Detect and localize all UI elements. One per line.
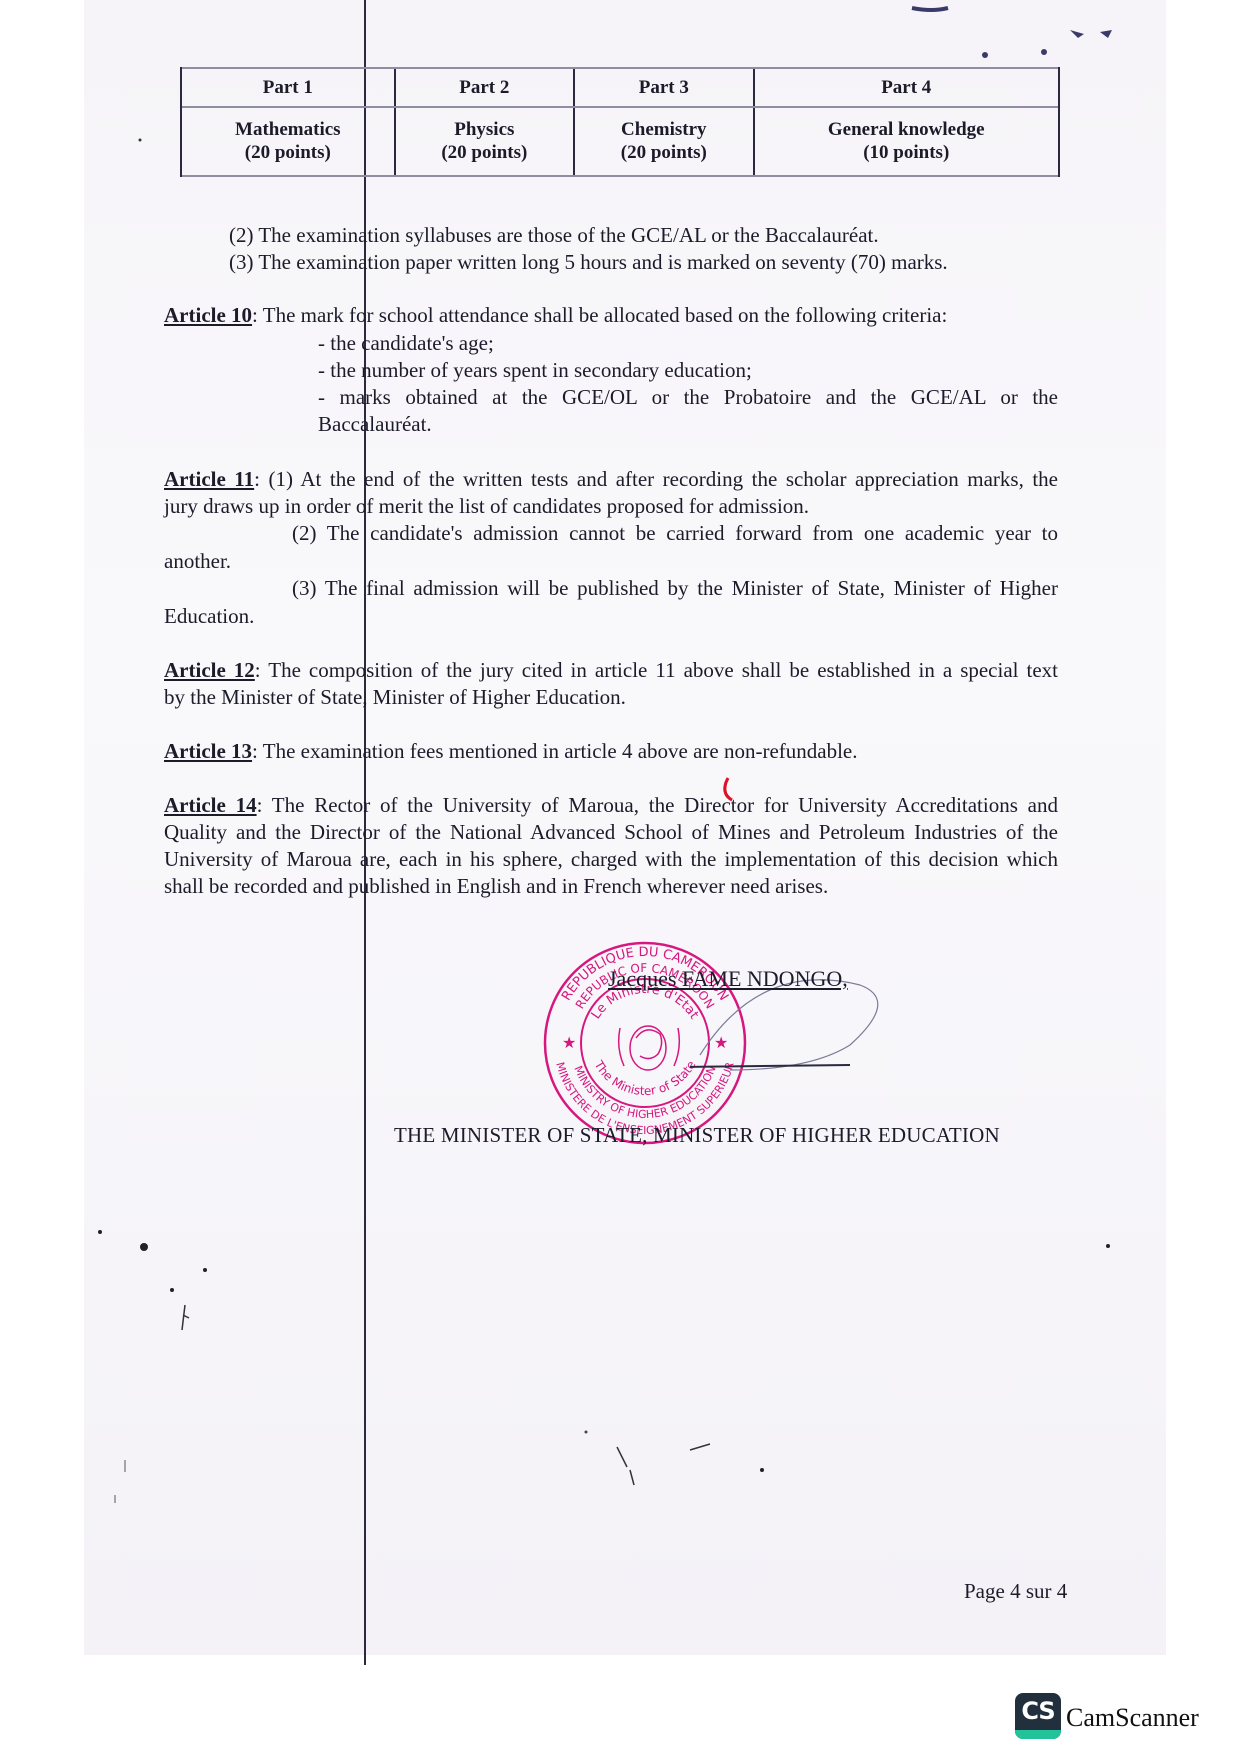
article-label: Article 11: [164, 467, 254, 491]
subject-points: (10 points): [761, 141, 1052, 164]
criteria-item-continued: Baccalauréat.: [318, 411, 432, 437]
table-cell: Physics(20 points): [395, 107, 574, 176]
article-text: : The Rector of the University of Maroua…: [257, 793, 1058, 817]
logo-text: CS: [1015, 1697, 1061, 1725]
stamp-center-bottom: The Minister of State: [591, 1057, 698, 1098]
exam-parts-table: Part 1 Part 2 Part 3 Part 4 Mathematics(…: [180, 67, 1060, 177]
subject-name: Mathematics: [188, 118, 388, 141]
criteria-item: - the candidate's age;: [318, 330, 494, 356]
article9-item-3: (3) The examination paper written long 5…: [229, 249, 948, 275]
article12: Article 12: The composition of the jury …: [164, 657, 1058, 683]
article-label: Article 10: [164, 303, 252, 327]
subject-points: (20 points): [188, 141, 388, 164]
subject-name: General knowledge: [761, 118, 1052, 141]
camscanner-logo-icon: CS: [1015, 1693, 1061, 1739]
table-header-cell: Part 1: [182, 68, 395, 107]
subject-points: (20 points): [581, 141, 746, 164]
subject-name: Chemistry: [581, 118, 746, 141]
subject-points: (20 points): [402, 141, 567, 164]
table-cell: General knowledge(10 points): [754, 107, 1058, 176]
article-text-line: jury draws up in order of merit the list…: [164, 493, 809, 519]
table-row: Mathematics(20 points) Physics(20 points…: [182, 107, 1058, 176]
table-cell: Mathematics(20 points): [182, 107, 395, 176]
article-text-line: (3) The final admission will be publishe…: [292, 575, 1058, 601]
logo-accent-band: [1015, 1730, 1061, 1739]
article9-item-2: (2) The examination syllabuses are those…: [229, 222, 879, 248]
article-text-line: shall be recorded and published in Engli…: [164, 873, 828, 899]
criteria-item: - the number of years spent in secondary…: [318, 357, 752, 383]
article-text-line: (2) The candidate's admission cannot be …: [292, 520, 1058, 546]
table-header-cell: Part 4: [754, 68, 1058, 107]
table-header-cell: Part 3: [574, 68, 753, 107]
stamp-emblem-icon: [619, 1026, 680, 1070]
svg-text:The Minister of State: The Minister of State: [591, 1057, 698, 1098]
article-label: Article 12: [164, 658, 255, 682]
article-text: : (1) At the end of the written tests an…: [254, 467, 1058, 491]
article-label: Article 13: [164, 739, 252, 763]
signatory-name: Jacques FAME NDONGO,: [608, 966, 848, 992]
article-text-line: by the Minister of State, Minister of Hi…: [164, 684, 626, 710]
camscanner-brand: CamScanner: [1066, 1703, 1199, 1733]
article11: Article 11: (1) At the end of the writte…: [164, 466, 1058, 492]
svg-text:★: ★: [562, 1033, 576, 1052]
article-text-line: Education.: [164, 603, 254, 629]
article14: Article 14: The Rector of the University…: [164, 792, 1058, 818]
subject-name: Physics: [402, 118, 567, 141]
article-text-line: University of Maroua are, each in his sp…: [164, 846, 1058, 872]
article-text: : The examination fees mentioned in arti…: [252, 739, 857, 763]
article13: Article 13: The examination fees mention…: [164, 738, 858, 764]
criteria-item: - marks obtained at the GCE/OL or the Pr…: [318, 384, 1058, 410]
table-header-row: Part 1 Part 2 Part 3 Part 4: [182, 68, 1058, 107]
article-label: Article 14: [164, 793, 257, 817]
table-header-cell: Part 2: [395, 68, 574, 107]
article-text-line: another.: [164, 548, 231, 574]
article-text: : The composition of the jury cited in a…: [255, 658, 1058, 682]
page-number: Page 4 sur 4: [964, 1579, 1067, 1604]
article-text: : The mark for school attendance shall b…: [252, 303, 947, 327]
signatory-title: THE MINISTER OF STATE, MINISTER OF HIGHE…: [394, 1123, 1000, 1148]
article10: Article 10: The mark for school attendan…: [164, 302, 947, 328]
table-cell: Chemistry(20 points): [574, 107, 753, 176]
article-text-line: Quality and the Director of the National…: [164, 819, 1058, 845]
